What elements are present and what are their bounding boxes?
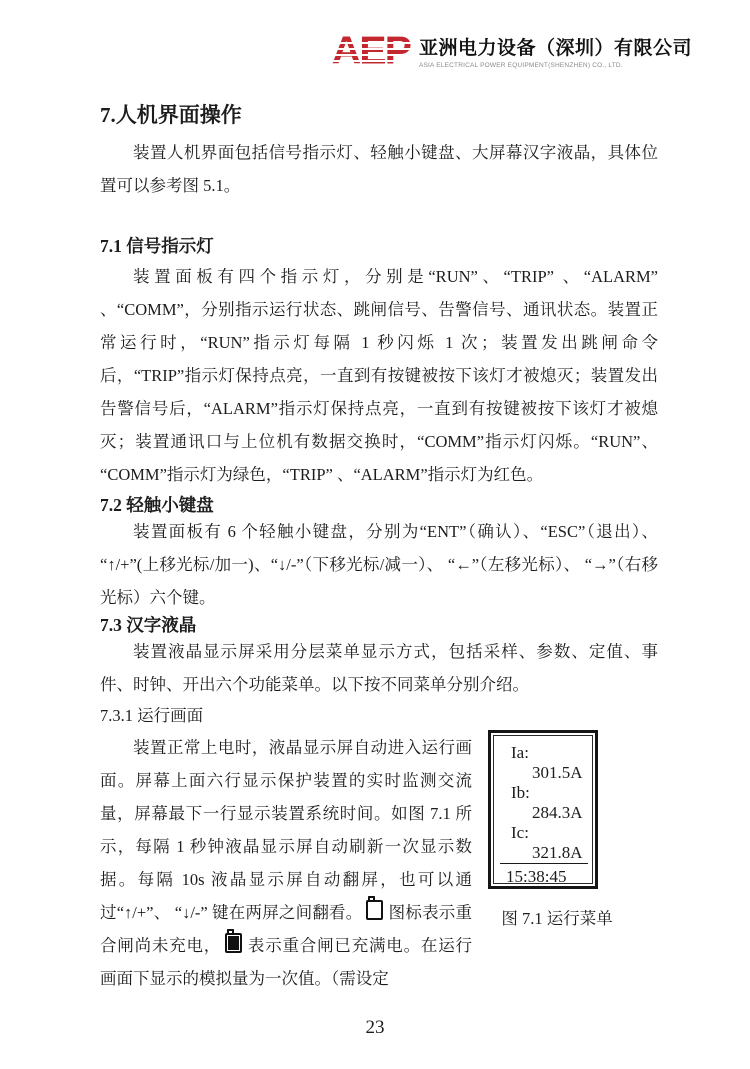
section-731-heading: 7.3.1 运行画面 xyxy=(100,702,203,726)
company-name-cn: 亚洲电力设备（深圳）有限公司 xyxy=(419,33,692,60)
section-72-paragraph: 装置面板有 6 个轻触小键盘，分别为“ENT”（确认）、“ESC”（退出）、 “… xyxy=(100,515,658,614)
battery-empty-icon xyxy=(366,900,383,920)
phase-b-label: Ib: xyxy=(494,783,592,803)
logo-stripe xyxy=(330,48,412,50)
section-731-text-1: 装置正常上电时，液晶显示屏自动进入运行画面。屏幕上面六行显示保护装置的实时监测交… xyxy=(100,738,472,922)
aep-logo-text: AEP xyxy=(332,31,410,69)
logo-stripe xyxy=(330,42,412,44)
section-7-intro: 装置人机界面包括信号指示灯、轻触小键盘、大屏幕汉字液晶，具体位置可以参考图 5.… xyxy=(100,136,658,202)
phase-a-label: Ia: xyxy=(494,743,592,763)
phase-b-value: 284.3A xyxy=(494,803,592,823)
lcd-screen-figure: Ia: 301.5A Ib: 284.3A Ic: 321.8A 15:38:4… xyxy=(493,735,593,884)
aep-logo-icon: AEP xyxy=(332,30,410,70)
company-names: 亚洲电力设备（深圳）有限公司 ASIA ELECTRICAL POWER EQU… xyxy=(419,30,692,69)
company-logo: AEP 亚洲电力设备（深圳）有限公司 ASIA ELECTRICAL POWER… xyxy=(332,30,692,70)
battery-tab xyxy=(227,929,234,934)
battery-fill xyxy=(228,936,239,950)
section-71-paragraph: 装置面板有四个指示灯，分别是“RUN”、“TRIP” 、“ALARM” 、“CO… xyxy=(100,260,658,491)
battery-full-icon xyxy=(225,933,242,953)
logo-stripe xyxy=(330,60,412,62)
battery-tab xyxy=(368,896,375,901)
phase-c-value: 321.8A xyxy=(500,843,588,864)
section-731-paragraph: 装置正常上电时，液晶显示屏自动进入运行画面。屏幕上面六行显示保护装置的实时监测交… xyxy=(100,731,472,995)
manual-page: AEP 亚洲电力设备（深圳）有限公司 ASIA ELECTRICAL POWER… xyxy=(0,0,750,1069)
section-73-heading: 7.3 汉字液晶 xyxy=(100,612,196,637)
company-name-en: ASIA ELECTRICAL POWER EQUIPMENT(SHENZHEN… xyxy=(419,62,692,69)
section-72-heading: 7.2 轻触小键盘 xyxy=(100,492,214,517)
system-time: 15:38:45 xyxy=(494,866,592,887)
logo-stripe xyxy=(330,54,412,56)
phase-a-value: 301.5A xyxy=(494,763,592,783)
figure-caption: 图 7.1 运行菜单 xyxy=(482,905,632,929)
section-7-heading: 7.人机界面操作 xyxy=(100,99,242,129)
section-73-paragraph: 装置液晶显示屏采用分层菜单显示方式，包括采样、参数、定值、事件、时钟、开出六个功… xyxy=(100,635,658,701)
phase-c-label: Ic: xyxy=(494,823,592,843)
section-71-heading: 7.1 信号指示灯 xyxy=(100,233,214,258)
page-number: 23 xyxy=(0,1017,750,1039)
